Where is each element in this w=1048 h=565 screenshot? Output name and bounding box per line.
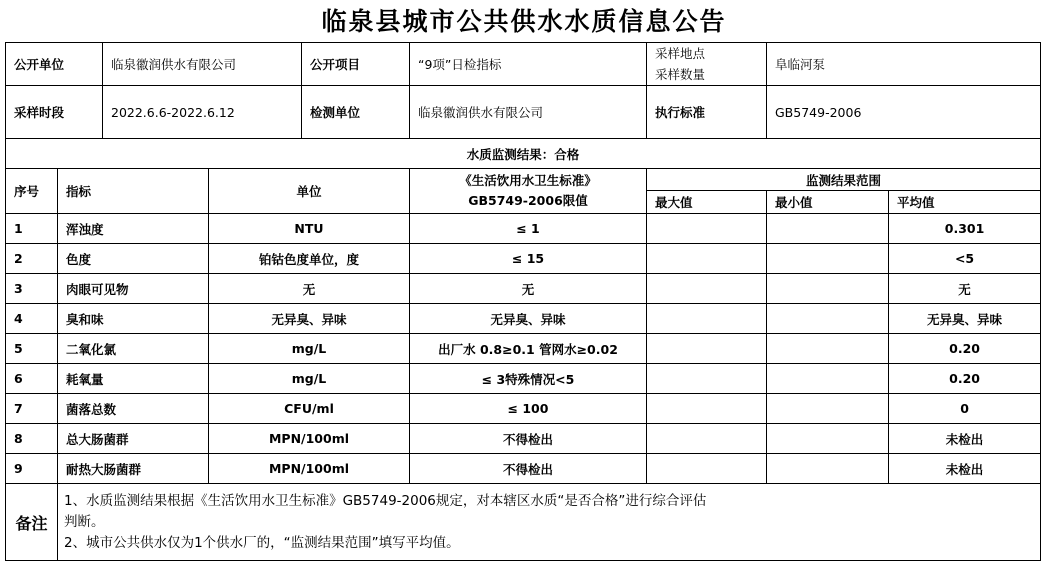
row-avg: 0	[889, 394, 1041, 424]
row-no: 1	[6, 214, 58, 244]
site-label-line1: 采样地点	[655, 43, 766, 64]
site-value: 阜临河泵	[767, 43, 1041, 86]
remark-line-3: 2、城市公共供水仅为1个供水厂的，“监测结果范围”填写平均值。	[64, 533, 1040, 554]
row-unit: 铂钴色度单位，度	[209, 244, 410, 274]
remarks-row: 备注 1、水质监测结果根据《生活饮用水卫生标准》GB5749-2006规定，对本…	[6, 484, 1041, 561]
row-avg: <5	[889, 244, 1041, 274]
row-indicator: 耗氧量	[58, 364, 209, 394]
publisher-value: 临泉徽润供水有限公司	[103, 43, 302, 86]
row-no: 3	[6, 274, 58, 304]
header-row-1: 序号 指标 单位 《生活饮用水卫生标准》 GB5749-2006限值 监测结果范…	[6, 169, 1041, 191]
row-no: 4	[6, 304, 58, 334]
row-limit: 出厂水 0.8≥0.1 管网水≥0.02	[410, 334, 647, 364]
row-unit: MPN/100ml	[209, 454, 410, 484]
row-max	[647, 454, 767, 484]
table-row: 8 总大肠菌群 MPN/100ml 不得检出 未检出	[6, 424, 1041, 454]
row-limit: ≤ 3特殊情况<5	[410, 364, 647, 394]
row-indicator: 臭和味	[58, 304, 209, 334]
row-indicator: 总大肠菌群	[58, 424, 209, 454]
remarks-label: 备注	[6, 484, 58, 561]
header-unit: 单位	[209, 169, 410, 214]
table-row: 6 耗氧量 mg/L ≤ 3特殊情况<5 0.20	[6, 364, 1041, 394]
row-avg: 0.20	[889, 334, 1041, 364]
header-min: 最小值	[767, 191, 889, 214]
header-avg: 平均值	[889, 191, 1041, 214]
info-row-publisher: 公开单位 临泉徽润供水有限公司 公开项目 “9项”日检指标 采样地点 采样数量 …	[6, 43, 1041, 86]
row-limit: 无异臭、异味	[410, 304, 647, 334]
info-table: 公开单位 临泉徽润供水有限公司 公开项目 “9项”日检指标 采样地点 采样数量 …	[5, 42, 1041, 139]
publisher-label: 公开单位	[6, 43, 103, 86]
standard-label: 执行标准	[647, 86, 767, 139]
row-unit: MPN/100ml	[209, 424, 410, 454]
lab-value: 临泉徽润供水有限公司	[410, 86, 647, 139]
period-value: 2022.6.6-2022.6.12	[103, 86, 302, 139]
item-label: 公开项目	[302, 43, 410, 86]
info-row-period: 采样时段 2022.6.6-2022.6.12 检测单位 临泉徽润供水有限公司 …	[6, 86, 1041, 139]
row-avg: 0.20	[889, 364, 1041, 394]
row-avg: 无	[889, 274, 1041, 304]
row-min	[767, 274, 889, 304]
row-max	[647, 364, 767, 394]
row-unit: mg/L	[209, 334, 410, 364]
table-row: 9 耐热大肠菌群 MPN/100ml 不得检出 未检出	[6, 454, 1041, 484]
remark-line-2: 判断。	[64, 512, 1040, 533]
table-row: 7 菌落总数 CFU/ml ≤ 100 0	[6, 394, 1041, 424]
row-min	[767, 424, 889, 454]
row-avg: 无异臭、异味	[889, 304, 1041, 334]
row-avg: 0.301	[889, 214, 1041, 244]
row-min	[767, 214, 889, 244]
row-limit: ≤ 1	[410, 214, 647, 244]
site-label-line2: 采样数量	[655, 64, 766, 85]
row-avg: 未检出	[889, 424, 1041, 454]
standard-value: GB5749-2006	[767, 86, 1041, 139]
row-max	[647, 334, 767, 364]
row-min	[767, 364, 889, 394]
row-limit: 不得检出	[410, 424, 647, 454]
row-no: 5	[6, 334, 58, 364]
row-avg: 未检出	[889, 454, 1041, 484]
site-label: 采样地点 采样数量	[647, 43, 767, 86]
period-label: 采样时段	[6, 86, 103, 139]
header-limit-line1: 《生活饮用水卫生标准》	[410, 171, 646, 191]
row-min	[767, 334, 889, 364]
header-limit: 《生活饮用水卫生标准》 GB5749-2006限值	[410, 169, 647, 214]
table-row: 1 浑浊度 NTU ≤ 1 0.301	[6, 214, 1041, 244]
lab-label: 检测单位	[302, 86, 410, 139]
remark-line-1: 1、水质监测结果根据《生活饮用水卫生标准》GB5749-2006规定，对本辖区水…	[64, 491, 1040, 512]
row-max	[647, 424, 767, 454]
row-min	[767, 454, 889, 484]
row-limit: ≤ 15	[410, 244, 647, 274]
row-min	[767, 244, 889, 274]
row-max	[647, 394, 767, 424]
row-max	[647, 274, 767, 304]
row-max	[647, 244, 767, 274]
page-title: 临泉县城市公共供水水质信息公告	[0, 6, 1048, 38]
row-indicator: 肉眼可见物	[58, 274, 209, 304]
row-max	[647, 304, 767, 334]
row-indicator: 二氧化氯	[58, 334, 209, 364]
row-unit: 无异臭、异味	[209, 304, 410, 334]
table-row: 3 肉眼可见物 无 无 无	[6, 274, 1041, 304]
table-row: 2 色度 铂钴色度单位，度 ≤ 15 <5	[6, 244, 1041, 274]
header-max: 最大值	[647, 191, 767, 214]
row-unit: mg/L	[209, 364, 410, 394]
row-min	[767, 304, 889, 334]
row-unit: NTU	[209, 214, 410, 244]
header-range: 监测结果范围	[647, 169, 1041, 191]
table-row: 5 二氧化氯 mg/L 出厂水 0.8≥0.1 管网水≥0.02 0.20	[6, 334, 1041, 364]
row-limit: ≤ 100	[410, 394, 647, 424]
results-table: 水质监测结果：合格 序号 指标 单位 《生活饮用水卫生标准》 GB5749-20…	[5, 138, 1041, 561]
row-no: 2	[6, 244, 58, 274]
row-no: 6	[6, 364, 58, 394]
row-limit: 无	[410, 274, 647, 304]
row-indicator: 耐热大肠菌群	[58, 454, 209, 484]
header-indicator: 指标	[58, 169, 209, 214]
result-banner-row: 水质监测结果：合格	[6, 139, 1041, 169]
table-row: 4 臭和味 无异臭、异味 无异臭、异味 无异臭、异味	[6, 304, 1041, 334]
row-unit: CFU/ml	[209, 394, 410, 424]
row-limit: 不得检出	[410, 454, 647, 484]
row-unit: 无	[209, 274, 410, 304]
remarks-body: 1、水质监测结果根据《生活饮用水卫生标准》GB5749-2006规定，对本辖区水…	[58, 484, 1041, 561]
row-no: 8	[6, 424, 58, 454]
row-indicator: 色度	[58, 244, 209, 274]
result-banner: 水质监测结果：合格	[6, 139, 1041, 169]
row-no: 9	[6, 454, 58, 484]
header-limit-line2: GB5749-2006限值	[410, 191, 646, 211]
row-no: 7	[6, 394, 58, 424]
header-no: 序号	[6, 169, 58, 214]
row-indicator: 菌落总数	[58, 394, 209, 424]
row-indicator: 浑浊度	[58, 214, 209, 244]
row-min	[767, 394, 889, 424]
item-value: “9项”日检指标	[410, 43, 647, 86]
row-max	[647, 214, 767, 244]
